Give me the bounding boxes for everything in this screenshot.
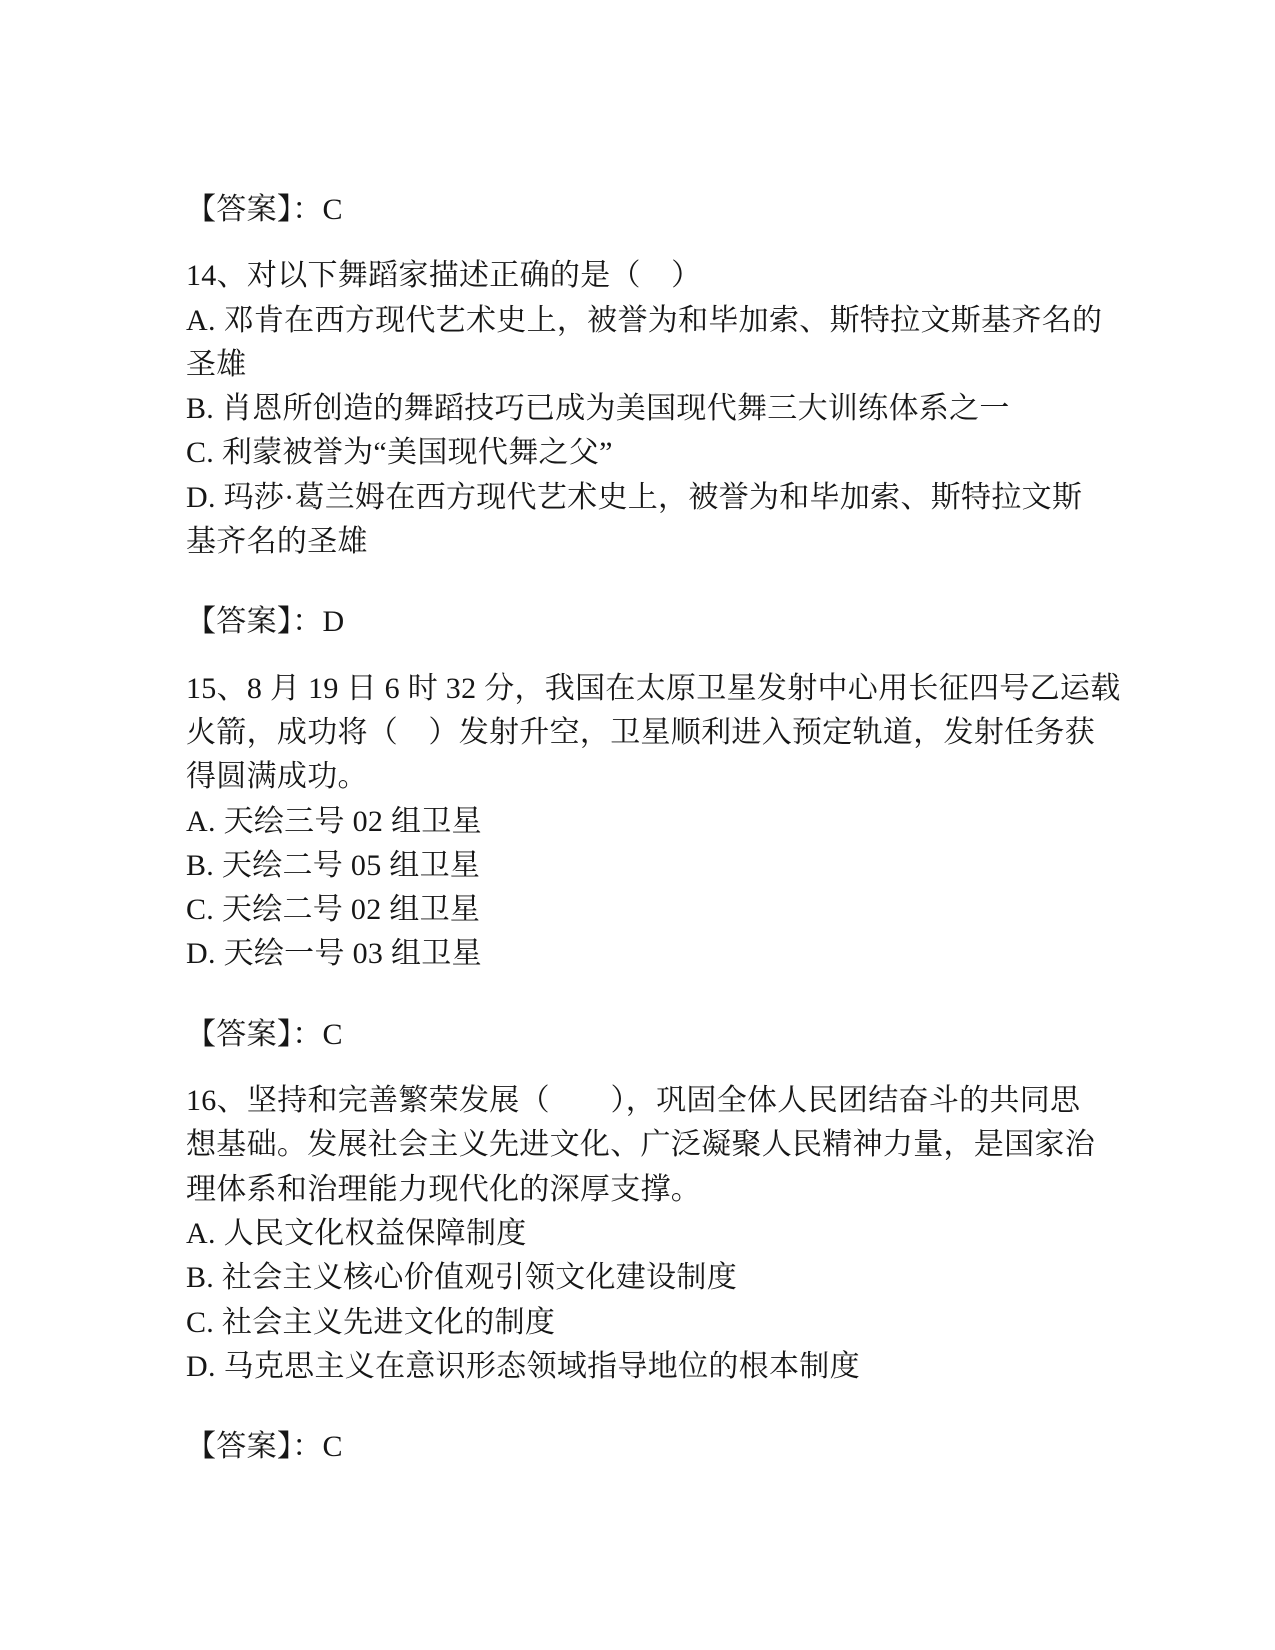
answer-q15: 【答案】：C (186, 1013, 1195, 1057)
q14-option-d-cont: 基齐名的圣雄 (186, 520, 1195, 564)
q16-stem: 16、坚持和完善繁荣发展（ ），巩固全体人民团结奋斗的共同思 (186, 1079, 1195, 1123)
q14-option-c: C. 利蒙被誉为“美国现代舞之父” (186, 431, 1195, 475)
exam-document-page: 【答案】：C 14、对以下舞蹈家描述正确的是（ ） A. 邓肯在西方现代艺术史上… (0, 0, 1275, 1650)
q16-stem-cont-1: 想基础。发展社会主义先进文化、广泛凝聚人民精神力量，是国家治 (186, 1123, 1195, 1167)
q15-stem: 15、8 月 19 日 6 时 32 分，我国在太原卫星发射中心用长征四号乙运载 (186, 667, 1195, 711)
q14-option-b: B. 肖恩所创造的舞蹈技巧已成为美国现代舞三大训练体系之一 (186, 387, 1195, 431)
q14-option-a-cont: 圣雄 (186, 343, 1195, 387)
answer-q16: 【答案】：C (186, 1425, 1195, 1469)
q15-option-b: B. 天绘二号 05 组卫星 (186, 844, 1195, 888)
answer-q14: 【答案】：D (186, 600, 1195, 644)
q14-option-a: A. 邓肯在西方现代艺术史上，被誉为和毕加索、斯特拉文斯基齐名的 (186, 299, 1195, 343)
q16-option-d: D. 马克思主义在意识形态领域指导地位的根本制度 (186, 1345, 1195, 1389)
q15-option-c: C. 天绘二号 02 组卫星 (186, 888, 1195, 932)
q15-stem-cont-1: 火箭，成功将（ ）发射升空，卫星顺利进入预定轨道，发射任务获 (186, 711, 1195, 755)
question-16-block: 16、坚持和完善繁荣发展（ ），巩固全体人民团结奋斗的共同思 想基础。发展社会主… (186, 1079, 1195, 1389)
q16-option-a: A. 人民文化权益保障制度 (186, 1212, 1195, 1256)
question-14-block: 14、对以下舞蹈家描述正确的是（ ） A. 邓肯在西方现代艺术史上，被誉为和毕加… (186, 254, 1195, 564)
q14-option-d: D. 玛莎·葛兰姆在西方现代艺术史上，被誉为和毕加索、斯特拉文斯 (186, 476, 1195, 520)
question-15-block: 15、8 月 19 日 6 时 32 分，我国在太原卫星发射中心用长征四号乙运载… (186, 667, 1195, 977)
q14-stem: 14、对以下舞蹈家描述正确的是（ ） (186, 254, 1195, 298)
answer-previous-question: 【答案】：C (186, 188, 1195, 232)
q15-option-d: D. 天绘一号 03 组卫星 (186, 932, 1195, 976)
q16-option-b: B. 社会主义核心价值观引领文化建设制度 (186, 1256, 1195, 1300)
q15-stem-cont-2: 得圆满成功。 (186, 755, 1195, 799)
q16-stem-cont-2: 理体系和治理能力现代化的深厚支撑。 (186, 1168, 1195, 1212)
q15-option-a: A. 天绘三号 02 组卫星 (186, 800, 1195, 844)
q16-option-c: C. 社会主义先进文化的制度 (186, 1301, 1195, 1345)
